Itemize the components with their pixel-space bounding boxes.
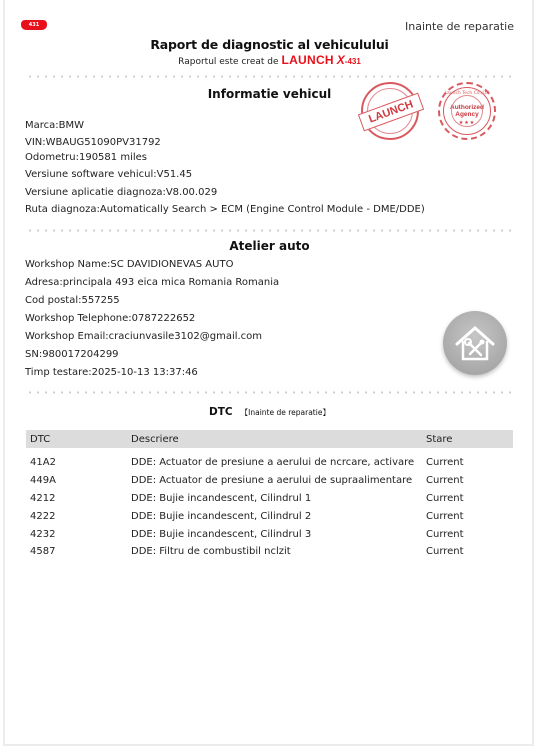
vehicle-make: Marca:BMW bbox=[25, 120, 84, 131]
table-row: 449A DDE: Actuator de presiune a aerului… bbox=[26, 472, 513, 490]
dtc-code: 4222 bbox=[26, 507, 127, 525]
dtc-table: DTC Descriere Stare 41A2 DDE: Actuator d… bbox=[26, 430, 513, 561]
agency-stamp-text: Authorized Agency bbox=[440, 104, 494, 118]
column-header-description: Descriere bbox=[127, 430, 422, 448]
agency-line-1: Authorized bbox=[440, 104, 494, 111]
launch-logo-badge: 431 bbox=[21, 20, 47, 30]
diagnostic-route: Ruta diagnoza:Automatically Search > ECM… bbox=[25, 204, 425, 215]
column-header-dtc: DTC bbox=[26, 430, 127, 448]
dtc-heading: DTC【Inainte de reparatie】 bbox=[0, 406, 539, 418]
dtc-status: Current bbox=[422, 472, 513, 490]
table-row: 41A2 DDE: Actuator de presiune a aerului… bbox=[26, 448, 513, 472]
table-row: 4232 DDE: Bujie incandescent, Cilindrul … bbox=[26, 525, 513, 543]
workshop-house-tools-icon bbox=[443, 311, 507, 375]
dtc-table-header: DTC Descriere Stare bbox=[26, 430, 513, 448]
agency-stars: ★★★ bbox=[440, 120, 494, 126]
vehicle-software-version: Versiune software vehicul:V51.45 bbox=[25, 169, 192, 180]
launch-stamp-icon: LAUNCH bbox=[361, 82, 419, 140]
brand-model: X bbox=[337, 53, 345, 67]
vehicle-vin: VIN:WBAUG51090PV31792 bbox=[25, 137, 161, 148]
dtc-heading-tag: 【Inainte de reparatie】 bbox=[241, 408, 330, 417]
dtc-code: 4587 bbox=[26, 543, 127, 561]
dtc-description: DDE: Bujie incandescent, Cilindrul 1 bbox=[127, 490, 422, 508]
table-row: 4222 DDE: Bujie incandescent, Cilindrul … bbox=[26, 507, 513, 525]
workshop-email: Workshop Email:craciunvasile3102@gmail.c… bbox=[25, 331, 262, 342]
repair-status-label: Inainte de reparatie bbox=[405, 20, 514, 33]
workshop-name: Workshop Name:SC DAVIDIONEVAS AUTO bbox=[25, 259, 233, 270]
serial-number: SN:980017204299 bbox=[25, 349, 119, 360]
test-time: Timp testare:2025-10-13 13:37:46 bbox=[25, 367, 198, 378]
dtc-code: 4212 bbox=[26, 490, 127, 508]
subtitle-prefix: Raportul este creat de bbox=[178, 57, 278, 67]
dtc-status: Current bbox=[422, 490, 513, 508]
agency-line-2: Agency bbox=[440, 111, 494, 118]
dtc-code: 41A2 bbox=[26, 448, 127, 472]
table-row: 4212 DDE: Bujie incandescent, Cilindrul … bbox=[26, 490, 513, 508]
report-subtitle: Raportul este creat de LAUNCH X-431 bbox=[0, 53, 539, 67]
dtc-heading-title: DTC bbox=[209, 406, 233, 418]
workshop-telephone: Workshop Telephone:0787222652 bbox=[25, 313, 195, 324]
brand-launch: LAUNCH bbox=[281, 53, 333, 67]
workshop-title: Atelier auto bbox=[0, 239, 539, 253]
dtc-description: DDE: Actuator de presiune a aerului de s… bbox=[127, 472, 422, 490]
dotted-divider bbox=[26, 229, 514, 232]
table-row: 4587 DDE: Filtru de combustibil nclzit C… bbox=[26, 543, 513, 561]
dtc-status: Current bbox=[422, 525, 513, 543]
launch-stamp-text: LAUNCH bbox=[358, 93, 424, 132]
dtc-description: DDE: Bujie incandescent, Cilindrul 3 bbox=[127, 525, 422, 543]
dotted-divider bbox=[26, 75, 514, 78]
workshop-postal-code: Cod postal:557255 bbox=[25, 295, 120, 306]
dtc-description: DDE: Filtru de combustibil nclzit bbox=[127, 543, 422, 561]
dotted-divider bbox=[26, 391, 514, 394]
dtc-status: Current bbox=[422, 543, 513, 561]
report-title: Raport de diagnostic al vehiculului bbox=[0, 37, 539, 52]
dtc-status: Current bbox=[422, 507, 513, 525]
workshop-address: Adresa:principala 493 eica mica Romania … bbox=[25, 277, 279, 288]
dtc-code: 449A bbox=[26, 472, 127, 490]
dtc-description: DDE: Actuator de presiune a aerului de n… bbox=[127, 448, 422, 472]
brand-number: -431 bbox=[345, 57, 361, 66]
column-header-status: Stare bbox=[422, 430, 513, 448]
dtc-code: 4232 bbox=[26, 525, 127, 543]
vehicle-odometer: Odometru:190581 miles bbox=[25, 152, 147, 163]
dtc-status: Current bbox=[422, 448, 513, 472]
dtc-description: DDE: Bujie incandescent, Cilindrul 2 bbox=[127, 507, 422, 525]
agency-ring-text: Launch Tech Co.,Ltd bbox=[440, 91, 494, 96]
diagnostic-app-version: Versiune aplicatie diagnoza:V8.00.029 bbox=[25, 187, 217, 198]
authorized-agency-stamp-icon: Launch Tech Co.,Ltd Authorized Agency ★★… bbox=[438, 82, 496, 140]
